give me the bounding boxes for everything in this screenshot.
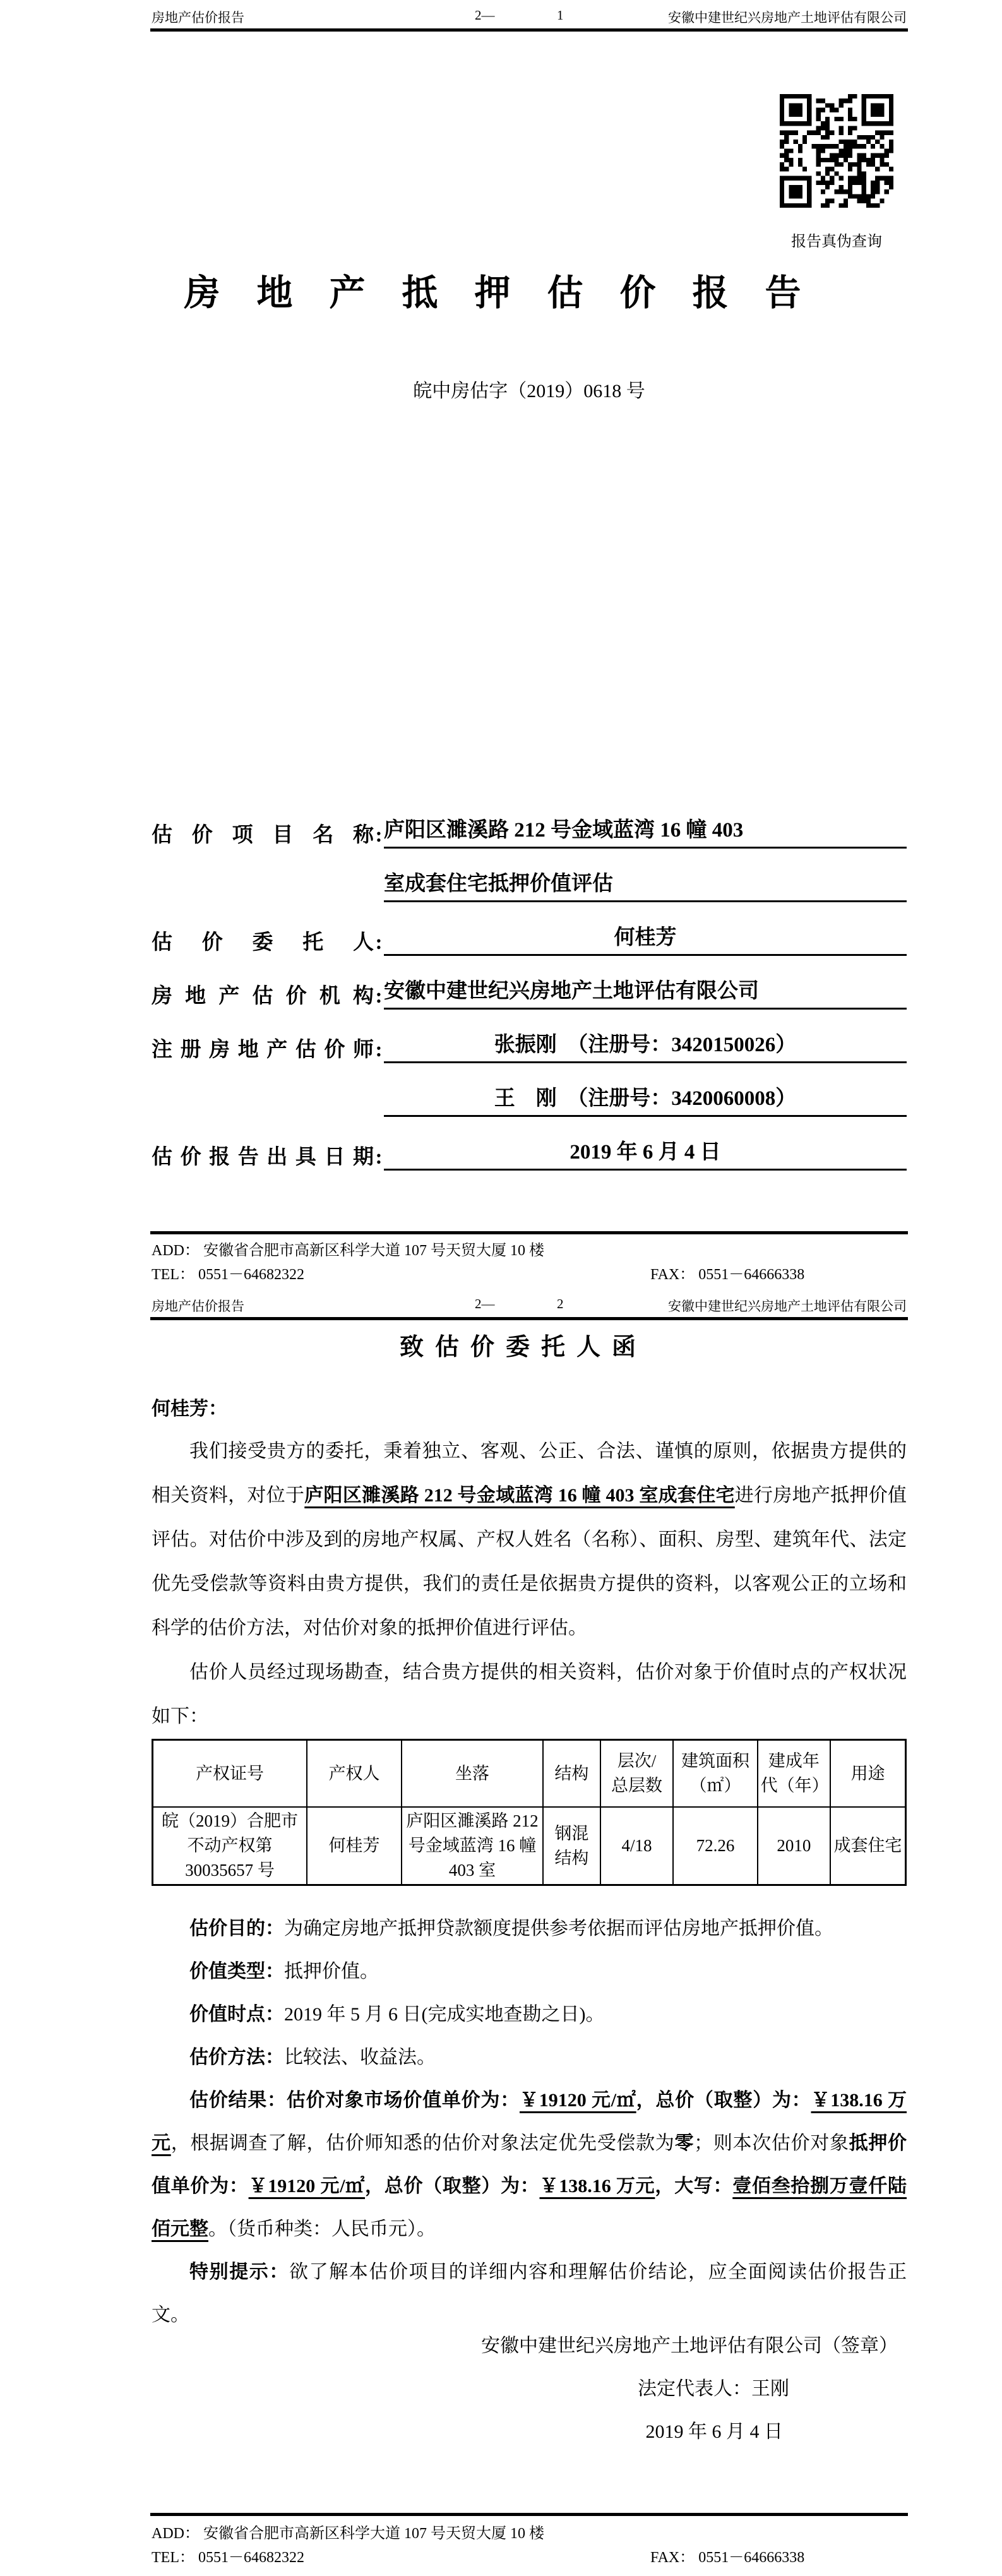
field-appraiser-2: 王 刚 （注册号：3420060008） — [152, 1084, 907, 1117]
header-rule — [150, 1317, 908, 1320]
field-value: 室成套住宅抵押价值评估 — [384, 871, 907, 902]
field-appraiser-1: 注册房地产估价师 : 张振刚 （注册号：3420150026） — [152, 1030, 907, 1063]
salutation: 何桂芳： — [152, 1389, 907, 1429]
field-label: 估价委托人 — [152, 930, 374, 956]
paragraph-value-date: 价值时点：2019 年 5 月 6 日(完成实地查勘之日)。 — [152, 1993, 907, 2036]
header-doc-type: 房地产估价报告 — [152, 8, 244, 27]
col-owner: 产权人 — [307, 1740, 402, 1808]
header-company-name: 安徽中建世纪兴房地产土地评估有限公司 — [668, 1296, 907, 1315]
col-location: 坐落 — [402, 1740, 543, 1808]
field-project-name-cont: 室成套住宅抵押价值评估 — [152, 869, 907, 902]
field-value: 庐阳区濉溪路 212 号金域蓝湾 16 幢 403 — [384, 818, 907, 849]
field-value: 2019 年 6 月 4 日 — [384, 1140, 907, 1171]
field-colon: : — [374, 930, 384, 956]
field-colon: : — [374, 1145, 384, 1171]
footer-address: ADD： 安徽省合肥市高新区科学大道 107 号天贸大厦 10 楼 — [152, 1239, 544, 1263]
cell-location: 庐阳区濉溪路 212 号金域蓝湾 16 幢 403 室 — [402, 1807, 543, 1885]
footer-tel: TEL： 0551－64682322 — [152, 1263, 304, 1287]
paragraph-survey: 估价人员经过现场勘查，结合贵方提供的相关资料，估价对象于价值时点的产权状况如下： — [152, 1650, 907, 1739]
paragraph-value-type: 价值类型：抵押价值。 — [152, 1950, 907, 1993]
cell-use: 成套住宅 — [830, 1807, 905, 1885]
field-agency: 房地产估价机构 : 安徽中建世纪兴房地产土地评估有限公司 — [152, 977, 907, 1010]
header-page-number: 1 — [557, 8, 564, 23]
header-page-prefix: 2— — [475, 8, 495, 23]
cell-structure: 钢混结构 — [543, 1807, 600, 1885]
signature-company: 安徽中建世纪兴房地产土地评估有限公司（签章） — [152, 2325, 907, 2368]
paragraph-result: 估价结果：估价对象市场价值单价为：￥19120 元/㎡，总价（取整）为：￥138… — [152, 2079, 907, 2251]
ownership-table: 产权证号 产权人 坐落 结构 层次/ 总层数 建筑面积 （㎡） 建成年 代（年）… — [152, 1739, 907, 1886]
cover-fields: 估价项目名称 : 庐阳区濉溪路 212 号金域蓝湾 16 幢 403 室成套住宅… — [152, 816, 907, 1191]
paragraph-purpose: 估价目的：为确定房地产抵押贷款额度提供参考依据而评估房地产抵押价值。 — [152, 1907, 907, 1950]
cell-floor: 4/18 — [600, 1807, 673, 1885]
table-header-row: 产权证号 产权人 坐落 结构 层次/ 总层数 建筑面积 （㎡） 建成年 代（年）… — [153, 1740, 906, 1808]
cell-owner: 何桂芳 — [307, 1807, 402, 1885]
field-value: 安徽中建世纪兴房地产土地评估有限公司 — [384, 979, 907, 1010]
field-value: 何桂芳 — [384, 925, 907, 956]
footer-fax: FAX： 0551－64666338 — [650, 1263, 804, 1287]
footer-rule — [150, 1231, 908, 1234]
page2-running-header: 房地产估价报告 2— 2 安徽中建世纪兴房地产土地评估有限公司 — [152, 1296, 907, 1316]
letter-title: 致估价委托人函 — [146, 1327, 901, 1362]
footer-fax: FAX： 0551－64666338 — [650, 2546, 804, 2570]
footer-address: ADD： 安徽省合肥市高新区科学大道 107 号天贸大厦 10 楼 — [152, 2522, 544, 2546]
paragraph-intro: 我们接受贵方的委托，秉着独立、客观、公正、合法、谨慎的原则，依据贵方提供的相关资… — [152, 1429, 907, 1650]
field-colon: : — [374, 984, 384, 1010]
qr-code — [778, 94, 895, 208]
signature-legal-rep: 法定代表人：王刚 — [152, 2368, 907, 2411]
field-colon: : — [374, 1037, 384, 1063]
report-document: { "shared": { "header_left": "房地产估价报告", … — [0, 0, 1002, 2576]
footer-tel: TEL： 0551－64682322 — [152, 2546, 304, 2570]
field-label: 估价报告出具日期 — [152, 1145, 374, 1171]
cell-year: 2010 — [758, 1807, 830, 1885]
paragraph-notice: 特别提示：欲了解本估价项目的详细内容和理解估价结论，应全面阅读估价报告正文。 — [152, 2251, 907, 2337]
field-issue-date: 估价报告出具日期 : 2019 年 6 月 4 日 — [152, 1138, 907, 1171]
header-page-prefix: 2— — [475, 1296, 495, 1312]
header-rule — [150, 28, 908, 32]
field-value: 张振刚 （注册号：3420150026） — [384, 1032, 907, 1063]
col-structure: 结构 — [543, 1740, 600, 1808]
qr-caption: 报告真伪查询 — [768, 229, 905, 251]
field-project-name: 估价项目名称 : 庐阳区濉溪路 212 号金域蓝湾 16 幢 403 — [152, 816, 907, 849]
letter-body: 何桂芳： 我们接受贵方的委托，秉着独立、客观、公正、合法、谨慎的原则，依据贵方提… — [152, 1389, 907, 2337]
col-cert-no: 产权证号 — [153, 1740, 307, 1808]
footer-rule — [150, 2513, 908, 2516]
field-label: 注册房地产估价师 — [152, 1037, 374, 1063]
doc-number: 皖中房估字（2019）0618 号 — [152, 375, 907, 403]
col-floor: 层次/ 总层数 — [600, 1740, 673, 1808]
report-title: 房地产抵押估价报告 — [133, 264, 888, 316]
signature-date: 2019 年 6 月 4 日 — [152, 2411, 907, 2454]
field-client: 估价委托人 : 何桂芳 — [152, 923, 907, 956]
paragraph-methods: 估价方法：比较法、收益法。 — [152, 2036, 907, 2079]
table-row: 皖（2019）合肥市不动产权第 30035657 号 何桂芳 庐阳区濉溪路 21… — [153, 1807, 906, 1885]
col-use: 用途 — [830, 1740, 905, 1808]
col-year: 建成年 代（年） — [758, 1740, 830, 1808]
header-company-name: 安徽中建世纪兴房地产土地评估有限公司 — [668, 8, 907, 27]
field-colon: : — [374, 823, 384, 849]
field-label: 房地产估价机构 — [152, 984, 374, 1010]
col-area: 建筑面积 （㎡） — [673, 1740, 757, 1808]
signature-block: 安徽中建世纪兴房地产土地评估有限公司（签章） 法定代表人：王刚 2019 年 6… — [152, 2325, 907, 2454]
cell-cert-no: 皖（2019）合肥市不动产权第 30035657 号 — [153, 1807, 307, 1885]
field-value: 王 刚 （注册号：3420060008） — [384, 1086, 907, 1117]
page1-running-header: 房地产估价报告 2— 1 安徽中建世纪兴房地产土地评估有限公司 — [152, 8, 907, 28]
field-label: 估价项目名称 — [152, 823, 374, 849]
header-doc-type: 房地产估价报告 — [152, 1296, 244, 1315]
header-page-number: 2 — [557, 1296, 564, 1312]
cell-area: 72.26 — [673, 1807, 757, 1885]
